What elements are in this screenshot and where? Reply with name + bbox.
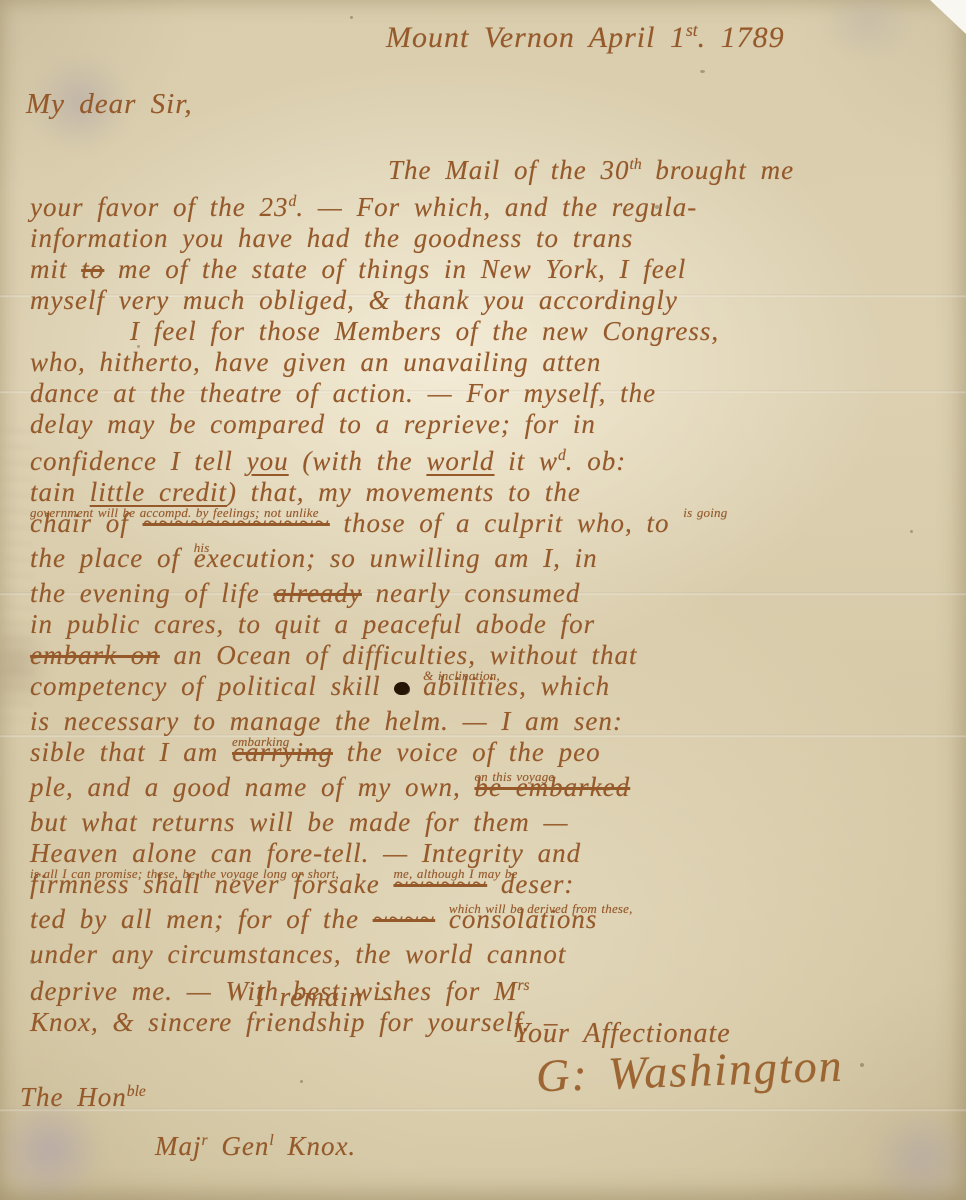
manuscript-text: execution; so unwilling am I, in: [194, 543, 598, 573]
underlined-text: little credit: [90, 477, 227, 507]
manuscript-text: Gen: [208, 1131, 270, 1161]
bleed-through-ghost-writing: [2, 420, 32, 720]
underlined-text: you: [247, 446, 289, 476]
underlined-text: world: [426, 446, 494, 476]
manuscript-text: ted by all men; for of the: [30, 904, 373, 934]
manuscript-text: tain: [30, 477, 90, 507]
manuscript-line: myself very much obliged, & thank you ac…: [30, 285, 950, 316]
superscript-text: th: [629, 156, 641, 173]
manuscript-text: competency of political skill: [30, 671, 394, 701]
dateline: Mount Vernon April 1st. 1789: [386, 20, 785, 55]
manuscript-line: who, hitherto, have given an unavailing …: [30, 347, 950, 378]
manuscript-line: is necessary to manage the helm. — I am …: [30, 706, 950, 737]
manuscript-text: it w: [494, 446, 558, 476]
manuscript-text: me of the state of things in New York, I…: [104, 254, 686, 284]
corner-stain: [868, 1108, 966, 1200]
manuscript-text: [435, 904, 449, 934]
manuscript-line: in public cares, to quit a peaceful abod…: [30, 609, 950, 640]
manuscript-text: nearly consumed: [362, 578, 580, 608]
manuscript-text: delay may be compared to a reprieve; for…: [30, 409, 596, 439]
manuscript-line: mit to me of the state of things in New …: [30, 254, 950, 285]
letter-body: The Mail of the 30th brought meyour favo…: [30, 149, 950, 1038]
manuscript-line: confidence I tell you (with the world it…: [30, 440, 950, 477]
manuscript-text: the evening of life: [30, 578, 273, 608]
letter-scan: Mount Vernon April 1st. 1789 My dear Sir…: [0, 0, 966, 1200]
manuscript-text: I feel for those Members of the new Cong…: [130, 316, 719, 346]
manuscript-text: an Ocean of difficulties, without that: [160, 640, 638, 670]
letter-page: Mount Vernon April 1st. 1789 My dear Sir…: [0, 0, 966, 1200]
struck-out-text: already: [273, 578, 361, 608]
superscript-text: rs: [517, 977, 529, 994]
manuscript-text: I remain –: [255, 982, 393, 1013]
superscript-text: st: [686, 20, 698, 40]
manuscript-text: Heaven alone can fore-tell. — Integrity …: [30, 838, 581, 868]
manuscript-text: is necessary to manage the helm. — I am …: [30, 706, 623, 736]
manuscript-text: mit: [30, 254, 81, 284]
manuscript-line: sible that I am embarkingcarrying the vo…: [30, 737, 950, 772]
manuscript-text: (with the: [289, 446, 427, 476]
manuscript-line: the place of hisexecution; so unwilling …: [30, 543, 950, 578]
manuscript-text: Knox.: [274, 1131, 357, 1161]
manuscript-line: The Honble: [20, 1070, 356, 1119]
manuscript-line: ple, and a good name of my own, on this …: [30, 772, 950, 807]
manuscript-line: your favor of the 23d. — For which, and …: [30, 186, 950, 223]
corner-stain: [822, 0, 912, 58]
struck-out-text: ~~~~: [373, 904, 435, 934]
manuscript-text: those of a culprit who, to: [330, 508, 684, 538]
manuscript-line: tain little credit) that, my movements t…: [30, 477, 950, 508]
manuscript-line: Majr Genl Knox.: [155, 1119, 356, 1168]
manuscript-text: sible that I am: [30, 737, 232, 767]
manuscript-text: . — For which, and the regula-: [296, 192, 697, 222]
manuscript-text: ) that, my movements to the: [227, 477, 581, 507]
manuscript-line: competency of political skill & inclinat…: [30, 671, 950, 706]
manuscript-line: Mount Vernon April 1st. 1789: [386, 20, 785, 55]
superscript-text: ble: [127, 1083, 146, 1100]
manuscript-line: information you have had the goodness to…: [30, 223, 950, 254]
struck-out-text: to: [81, 254, 104, 284]
manuscript-line: dance at the theatre of action. — For my…: [30, 378, 950, 409]
manuscript-text: G: Washington: [535, 1040, 844, 1102]
recipient-address: The HonbleMajr Genl Knox.: [20, 1070, 356, 1168]
manuscript-text: under any circumstances, the world canno…: [30, 939, 566, 969]
manuscript-text: dance at the theatre of action. — For my…: [30, 378, 656, 408]
closing-remain: I remain –: [30, 982, 393, 1014]
manuscript-text: [409, 671, 423, 701]
manuscript-text: the voice of the peo: [333, 737, 601, 767]
signature-g-washington: G: Washington: [535, 1039, 844, 1103]
manuscript-line: is all I can promise; these, be the voya…: [30, 869, 950, 904]
manuscript-line: I remain –: [255, 982, 393, 1014]
superscript-text: d: [558, 447, 566, 464]
manuscript-text: information you have had the goodness to…: [30, 223, 633, 253]
manuscript-text: who, hitherto, have given an unavailing …: [30, 347, 601, 377]
manuscript-line: The Mail of the 30th brought me: [388, 149, 950, 186]
manuscript-line: government will be accompd. by feelings;…: [30, 508, 950, 543]
manuscript-text: brought me: [642, 155, 795, 185]
manuscript-text: The Mail of the 30: [388, 155, 629, 185]
manuscript-line: G: Washington: [535, 1039, 844, 1103]
manuscript-line: but what returns will be made for them —: [30, 807, 950, 838]
manuscript-text: confidence I tell: [30, 446, 247, 476]
struck-out-text: embark on: [30, 640, 160, 670]
manuscript-line: the evening of life already nearly consu…: [30, 578, 950, 609]
manuscript-text: . 1789: [698, 21, 785, 54]
manuscript-text: myself very much obliged, & thank you ac…: [30, 285, 678, 315]
manuscript-text: Mount Vernon April 1: [386, 21, 686, 54]
ink-blot-icon: [394, 682, 409, 695]
manuscript-text: the place of: [30, 543, 194, 573]
manuscript-line: ted by all men; for of the ~~~~ which wi…: [30, 904, 950, 939]
manuscript-line: Heaven alone can fore-tell. — Integrity …: [30, 838, 950, 869]
manuscript-line: delay may be compared to a reprieve; for…: [30, 409, 950, 440]
manuscript-text: The Hon: [20, 1082, 127, 1112]
manuscript-line: under any circumstances, the world canno…: [30, 939, 950, 970]
manuscript-text: . ob:: [566, 446, 627, 476]
manuscript-line: I feel for those Members of the new Cong…: [130, 316, 950, 347]
manuscript-text: but what returns will be made for them —: [30, 807, 569, 837]
salutation: My dear Sir,: [26, 88, 193, 121]
manuscript-text: your favor of the 23: [30, 192, 288, 222]
manuscript-text: Maj: [155, 1131, 202, 1161]
manuscript-line: embark on an Ocean of difficulties, with…: [30, 640, 950, 671]
manuscript-text: ple, and a good name of my own,: [30, 772, 474, 802]
manuscript-text: in public cares, to quit a peaceful abod…: [30, 609, 595, 639]
